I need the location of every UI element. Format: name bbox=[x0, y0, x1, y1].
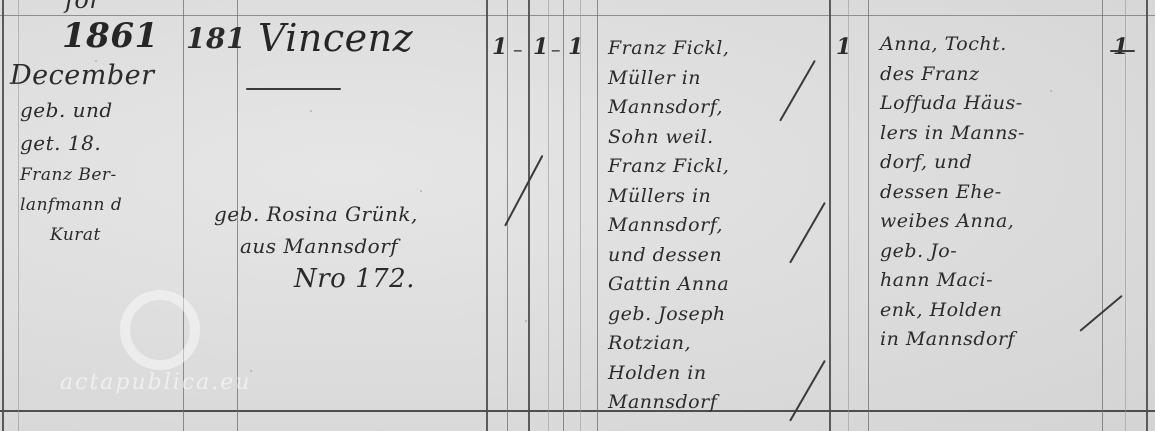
column-rule bbox=[563, 0, 564, 431]
watermark-text: actapublica.eu bbox=[60, 370, 251, 395]
previous-entry-fragment: for bbox=[65, 0, 101, 14]
tally-mark: 1 bbox=[568, 34, 584, 60]
house-number: 181 bbox=[186, 22, 246, 55]
month: December bbox=[10, 60, 155, 91]
father-line: Franz Fickl, bbox=[608, 34, 729, 64]
mother-line: enk, Holden bbox=[880, 296, 1025, 326]
paper-speck bbox=[310, 110, 312, 112]
midwife-info: geb. Rosina Grünk, aus Mannsdorf Nro 172… bbox=[214, 198, 418, 296]
midwife-line: geb. Rosina Grünk, bbox=[214, 198, 418, 230]
father-line: Franz Fickl, bbox=[608, 152, 729, 182]
watermark-logo-icon bbox=[120, 290, 200, 370]
year: 1861 bbox=[62, 16, 159, 56]
mother-tally: 1 bbox=[1113, 34, 1129, 60]
father-line: Rotzian, bbox=[608, 329, 729, 359]
date-details: geb. und get. 18. Franz Ber- lanfmann d … bbox=[20, 94, 122, 250]
baptizer-line: Franz Ber- bbox=[20, 160, 122, 190]
name-underline bbox=[246, 88, 341, 90]
column-rule bbox=[580, 0, 581, 431]
entry-bottom-rule bbox=[0, 410, 1155, 412]
child-name: Vincenz bbox=[258, 16, 413, 60]
mother-info: Anna, Tocht. des Franz Loffuda Häus- ler… bbox=[880, 30, 1025, 355]
father-line: Mannsdorf, bbox=[608, 211, 729, 241]
mother-line: dorf, und bbox=[880, 148, 1025, 178]
father-line: Holden in bbox=[608, 359, 729, 389]
header-rule bbox=[0, 15, 1155, 16]
father-tally: 1 bbox=[836, 34, 852, 60]
tally-mark: 1 bbox=[533, 34, 549, 60]
father-line: Müllers in bbox=[608, 182, 729, 212]
column-rule bbox=[2, 0, 4, 431]
column-rule bbox=[1146, 0, 1148, 431]
mother-line: dessen Ehe- bbox=[880, 178, 1025, 208]
column-rule bbox=[868, 0, 869, 431]
column-rule bbox=[507, 0, 508, 431]
mother-line: Anna, Tocht. bbox=[880, 30, 1025, 60]
baptizer-line: lanfmann d bbox=[20, 190, 122, 220]
column-rule bbox=[528, 0, 530, 431]
midwife-house-number: Nro 172. bbox=[214, 262, 418, 296]
column-rule bbox=[1102, 0, 1103, 431]
father-line: Mannsdorf, bbox=[608, 93, 729, 123]
column-rule bbox=[829, 0, 831, 431]
ditto-stroke bbox=[504, 155, 543, 227]
ditto-stroke bbox=[789, 202, 826, 264]
ditto-stroke bbox=[789, 360, 826, 422]
paper-speck bbox=[1050, 90, 1052, 92]
father-line: Gattin Anna bbox=[608, 270, 729, 300]
tally-dash: – bbox=[551, 36, 561, 66]
father-line: Sohn weil. bbox=[608, 123, 729, 153]
mother-line: hann Maci- bbox=[880, 266, 1025, 296]
tally-dash bbox=[1110, 50, 1135, 52]
mother-line: lers in Manns- bbox=[880, 119, 1025, 149]
tally-mark: 1 bbox=[492, 34, 508, 60]
paper-speck bbox=[420, 190, 422, 192]
mother-line: in Mannsdorf bbox=[880, 325, 1025, 355]
column-rule bbox=[548, 0, 549, 431]
column-rule bbox=[597, 0, 598, 431]
father-line: und dessen bbox=[608, 241, 729, 271]
midwife-line: aus Mannsdorf bbox=[214, 230, 418, 262]
paper-speck bbox=[525, 320, 527, 322]
father-line: geb. Joseph bbox=[608, 300, 729, 330]
baptizer-title: Kurat bbox=[20, 220, 122, 250]
mother-line: geb. Jo- bbox=[880, 237, 1025, 267]
column-rule bbox=[1125, 0, 1126, 431]
date-line: geb. und bbox=[20, 94, 122, 127]
father-line: Müller in bbox=[608, 64, 729, 94]
mother-line: weibes Anna, bbox=[880, 207, 1025, 237]
date-line: get. 18. bbox=[20, 127, 122, 160]
column-rule bbox=[848, 0, 849, 431]
ditto-stroke bbox=[779, 60, 816, 122]
column-rule bbox=[486, 0, 488, 431]
column-rule bbox=[183, 0, 184, 431]
mother-line: Loffuda Häus- bbox=[880, 89, 1025, 119]
father-info: Franz Fickl, Müller in Mannsdorf, Sohn w… bbox=[608, 34, 729, 418]
register-page: actapublica.eu for 1861 December geb. un… bbox=[0, 0, 1155, 431]
tally-dash: – bbox=[513, 36, 523, 66]
father-line: Mannsdorf bbox=[608, 388, 729, 418]
mother-line: des Franz bbox=[880, 60, 1025, 90]
